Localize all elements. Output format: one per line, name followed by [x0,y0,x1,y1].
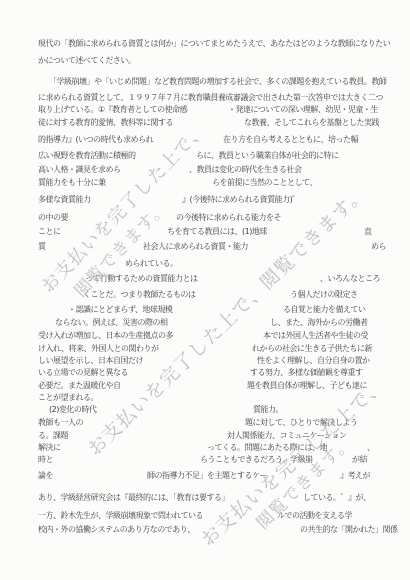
payment-watermark: お支払いを完了した上で、 [35,116,212,298]
watermark-layer: お支払いを完了した上で、閲覧できます。お支払いを完了した上で、閲覧できます。お支… [0,0,410,580]
payment-watermark: 閲覧できます。 [67,194,172,301]
payment-watermark: 閲覧できます。 [249,429,356,534]
payment-watermark: お支払いを完了した上で、閲覧できます。 [81,179,372,461]
document-page: 現代の「教師に求められる資質とは何か」についてまとめたうえで、あなたはどのような… [0,0,410,580]
payment-watermark: お支払いを完了した上で、 [194,371,390,551]
